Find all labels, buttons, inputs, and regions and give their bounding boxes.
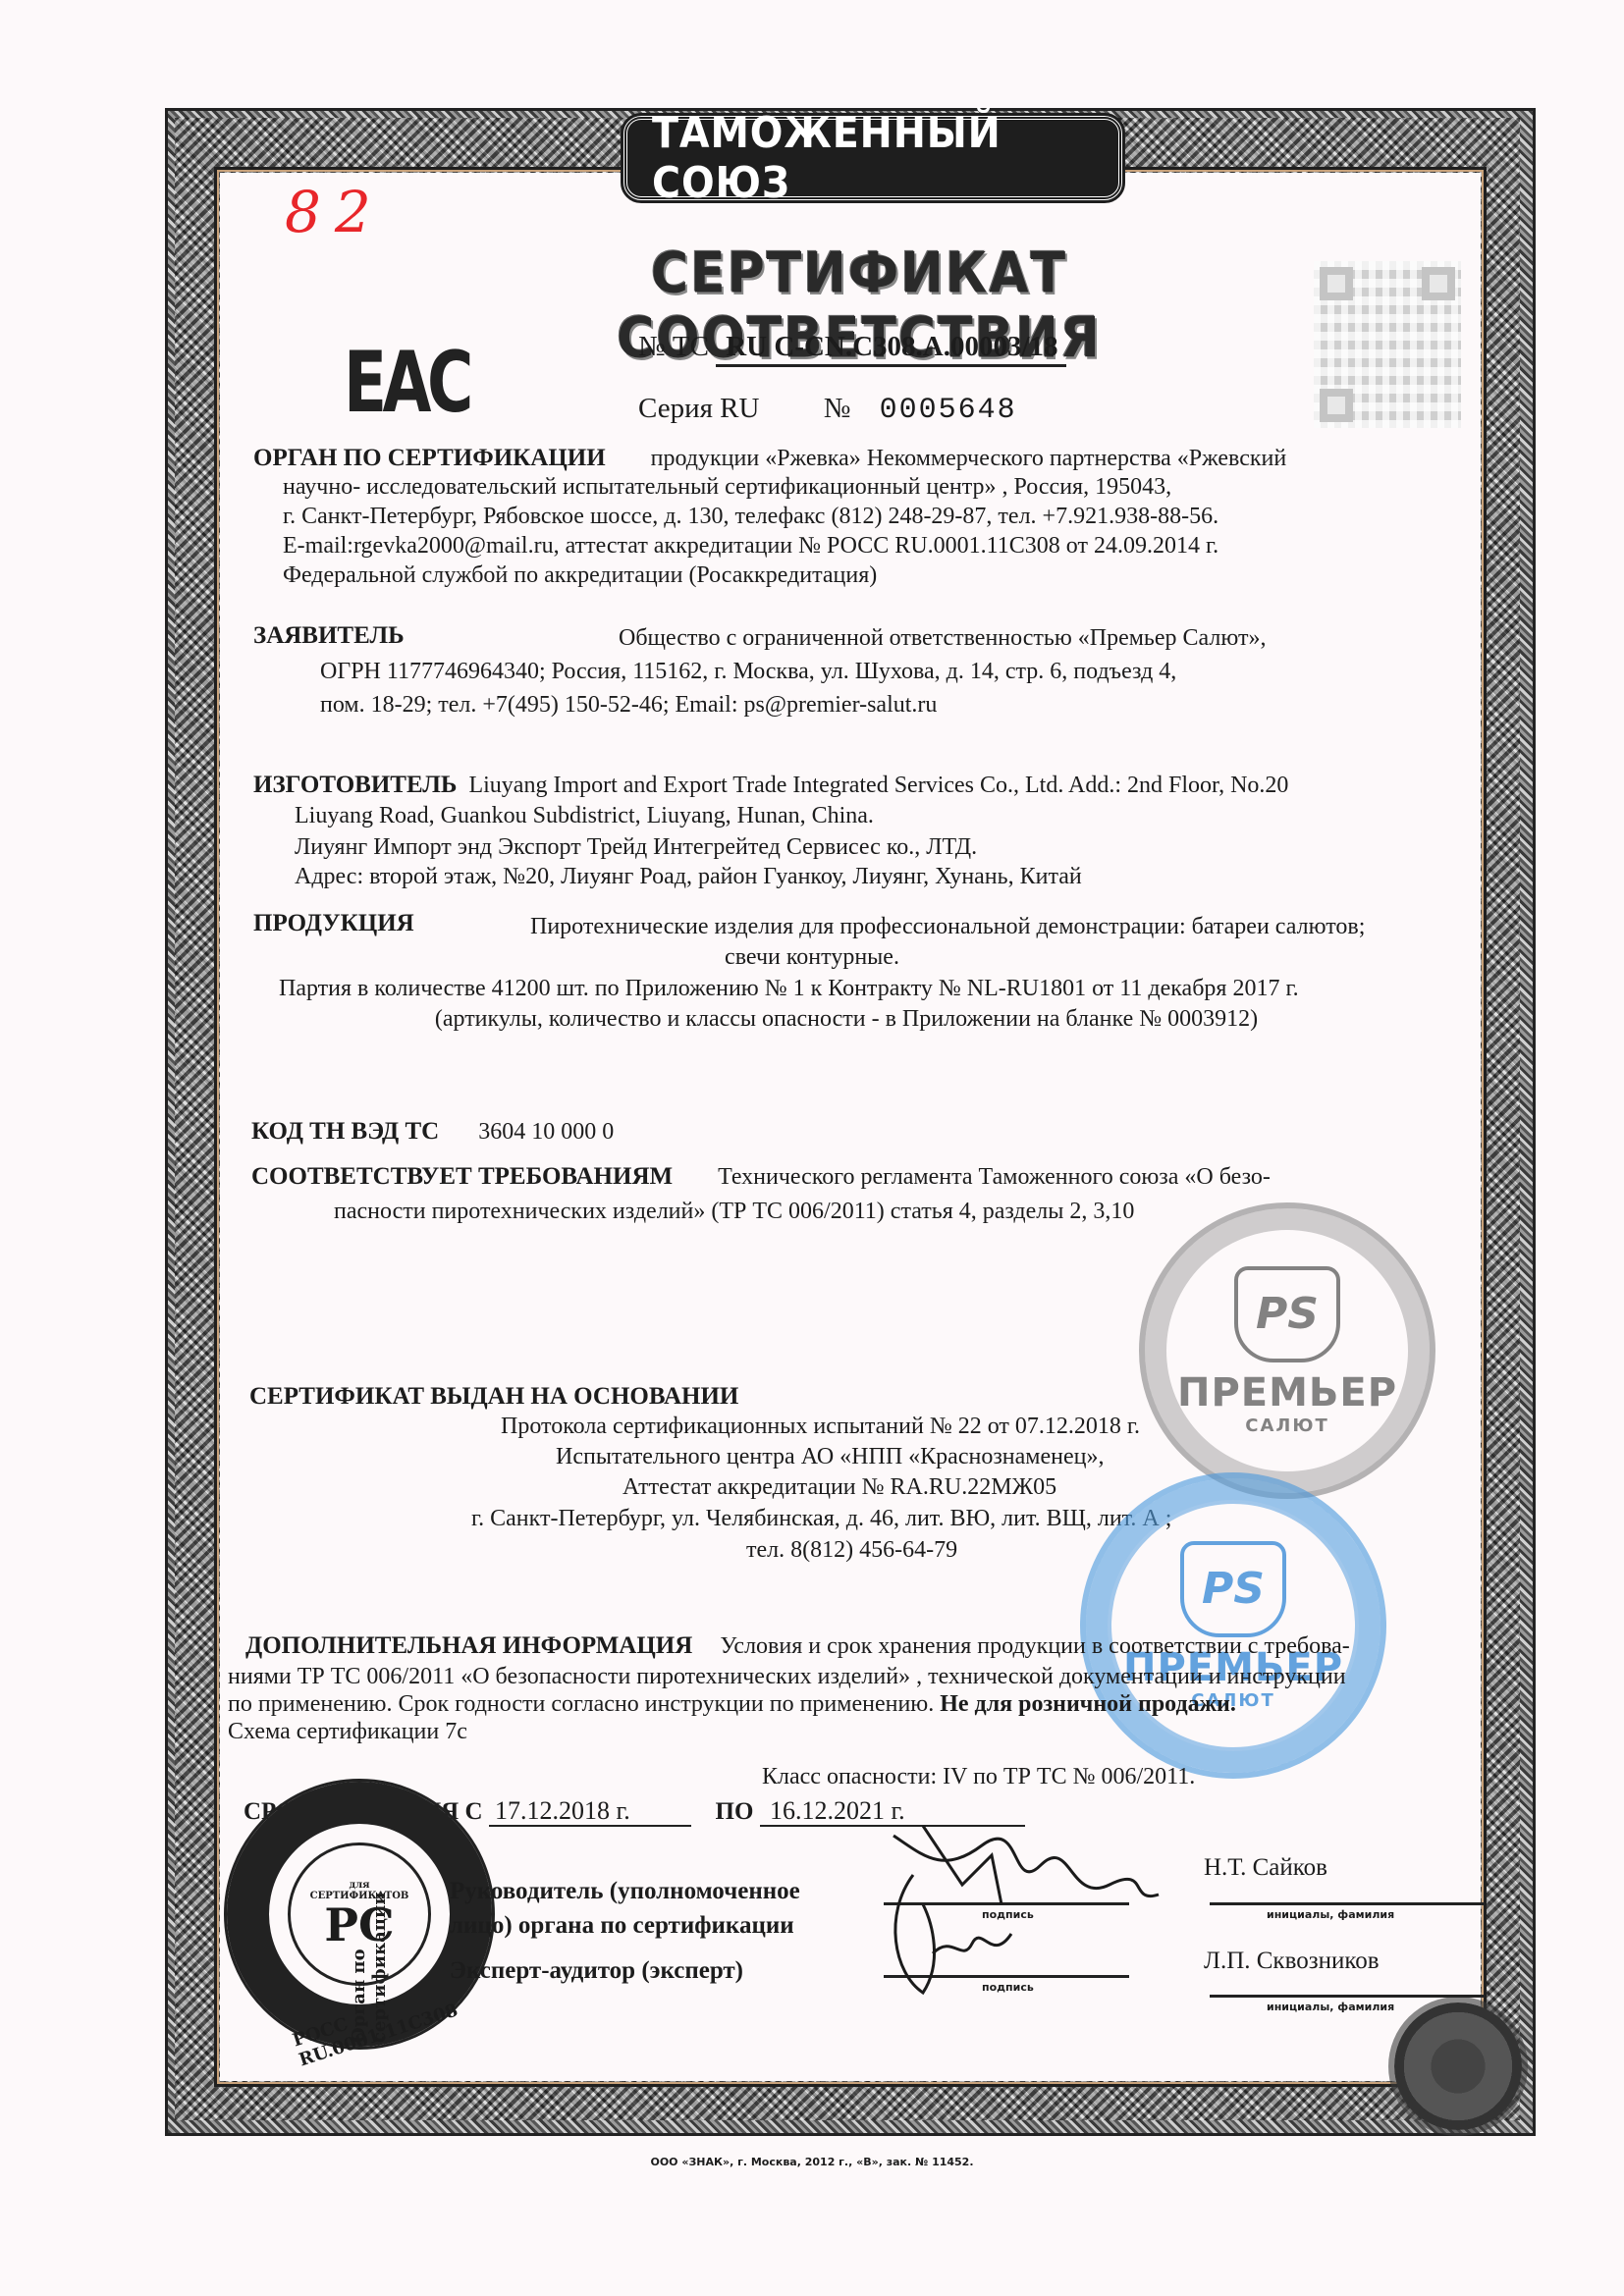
eac-logo-icon: ЕАС xyxy=(344,334,469,432)
additional-line-1: ниями ТР ТС 006/2011 «О безопасности пир… xyxy=(228,1663,1346,1691)
basis-line-2: Аттестат аккредитации № RA.RU.22МЖ05 xyxy=(623,1473,1056,1502)
tn-ved-label: КОД ТН ВЭД ТС xyxy=(251,1118,439,1145)
certification-body-line-0: ОРГАН ПО СЕРТИФИКАЦИИ продукции «Ржевка»… xyxy=(253,444,1286,473)
qr-code-icon xyxy=(1314,261,1461,428)
expert-name: Л.П. Сквозников xyxy=(1204,1947,1380,1975)
product-line-2: Партия в количестве 41200 шт. по Приложе… xyxy=(279,975,1299,1003)
basis-line-1: Испытательного центра АО «НПП «Краснозна… xyxy=(556,1443,1104,1471)
additional-label: ДОПОЛНИТЕЛЬНАЯ ИНФОРМАЦИЯ xyxy=(245,1632,692,1659)
additional-line-2: по применению. Срок годности согласно ин… xyxy=(228,1690,1236,1719)
series-no-value: 0005648 xyxy=(880,394,1017,427)
head-label-2: лицо) органа по сертификации xyxy=(450,1911,794,1940)
manufacturer-line-2: Лиуянг Импорт энд Экспорт Трейд Интегрей… xyxy=(295,833,977,862)
certification-body-line-2: г. Санкт-Петербург, Рябовское шоссе, д. … xyxy=(283,503,1218,531)
validity-to-label: ПО xyxy=(716,1798,754,1825)
company-stamp-gray: PS ПРЕМЬЕР САЛЮТ xyxy=(1139,1202,1435,1499)
applicant-label: ЗАЯВИТЕЛЬ xyxy=(253,621,405,650)
manufacturer-line-0: ИЗГОТОВИТЕЛЬ Liuyang Import and Export T… xyxy=(253,771,1288,800)
tn-ved-value: 3604 10 000 0 xyxy=(478,1119,614,1145)
ps-logo-icon: PS xyxy=(1180,1541,1286,1637)
rs-mark-icon: РС xyxy=(324,1901,394,1949)
product-label: ПРОДУКЦИЯ xyxy=(253,909,414,937)
head-name: Н.Т. Сайков xyxy=(1204,1853,1327,1882)
certification-body-label: ОРГАН ПО СЕРТИФИКАЦИИ xyxy=(253,445,606,471)
basis-line-3: г. Санкт-Петербург, ул. Челябинская, д. … xyxy=(471,1505,1171,1533)
expert-label: Эксперт-аудитор (эксперт) xyxy=(450,1956,743,1985)
handwritten-number: 82 xyxy=(285,179,385,245)
expert-name-caption: инициалы, фамилия xyxy=(1267,2001,1394,2013)
manufacturer-line-1: Liuyang Road, Guankou Subdistrict, Liuya… xyxy=(295,802,874,830)
head-name-line xyxy=(1210,1902,1485,1905)
product-line-3: (артикулы, количество и классы опасности… xyxy=(0,1005,1624,1034)
manufacturer-label: ИЗГОТОВИТЕЛЬ xyxy=(253,772,457,798)
conforms-label: СООТВЕТСТВУЕТ ТРЕБОВАНИЯМ xyxy=(251,1163,673,1190)
conforms-line-1: пасности пиротехнических изделий» (ТР ТС… xyxy=(334,1198,1134,1226)
head-label-1: Руководитель (уполномоченное xyxy=(450,1877,800,1905)
applicant-line-1: ОГРН 1177746964340; Россия, 115162, г. М… xyxy=(320,658,1176,686)
product-line-1: свечи контурные. xyxy=(0,943,1624,972)
basis-line-0: Протокола сертификационных испытаний № 2… xyxy=(501,1413,1140,1441)
rosette-icon xyxy=(1394,2002,1522,2130)
ps-logo-icon: PS xyxy=(1234,1266,1340,1362)
customs-union-banner: ТАМОЖЕННЫЙ СОЮЗ xyxy=(623,116,1122,200)
certification-body-line-1: научно- исследовательский испытательный … xyxy=(283,473,1171,502)
applicant-line-2: пом. 18-29; тел. +7(495) 150-52-46; Emai… xyxy=(320,691,937,720)
series-label: Серия RU xyxy=(638,393,759,424)
head-name-caption: инициалы, фамилия xyxy=(1267,1908,1394,1921)
certificate-number: № ТС RU C-CN.C308.A.00003/18 xyxy=(638,331,1066,363)
tn-ved-row: КОД ТН ВЭД ТС 3604 10 000 0 xyxy=(251,1117,614,1147)
banner-text: ТАМОЖЕННЫЙ СОЮЗ xyxy=(652,108,1094,208)
expert-name-line xyxy=(1210,1995,1485,1998)
product-line-0: Пиротехнические изделия для профессионал… xyxy=(530,913,1365,941)
retail-note: Не для розничной продажи. xyxy=(940,1691,1236,1717)
hazard-class: Класс опасности: IV по ТР ТС № 006/2011. xyxy=(762,1763,1195,1791)
manufacturer-line-3: Адрес: второй этаж, №20, Лиуянг Роад, ра… xyxy=(295,863,1082,891)
additional-line-3: Схема сертификации 7с xyxy=(228,1718,467,1746)
handwritten-signatures xyxy=(864,1816,1178,2002)
basis-line-4: тел. 8(812) 456-64-79 xyxy=(746,1536,957,1565)
certification-body-line-4: Федеральной службой по аккредитации (Рос… xyxy=(283,561,877,590)
printer-footer: ООО «ЗНАК», г. Москва, 2012 г., «В», зак… xyxy=(0,2156,1624,2168)
series-no-label: № xyxy=(824,393,851,424)
cert-number-label: № ТС xyxy=(638,331,709,362)
certification-body-line-3: E-mail:rgevka2000@mail.ru, аттестат аккр… xyxy=(283,532,1218,561)
additional-line-0: ДОПОЛНИТЕЛЬНАЯ ИНФОРМАЦИЯ Условия и срок… xyxy=(245,1631,1350,1661)
cert-number-value: RU C-CN.C308.A.00003/18 xyxy=(716,331,1065,367)
series-row: Серия RU № 0005648 xyxy=(638,393,1017,427)
applicant-line-0: Общество с ограниченной ответственностью… xyxy=(619,624,1266,653)
basis-label: СЕРТИФИКАТ ВЫДАН НА ОСНОВАНИИ xyxy=(249,1382,738,1411)
validity-from: 17.12.2018 г. xyxy=(489,1796,691,1827)
conforms-line-0: СООТВЕТСТВУЕТ ТРЕБОВАНИЯМ Технического р… xyxy=(251,1162,1271,1192)
company-stamp-blue: PS ПРЕМЬЕР САЛЮТ xyxy=(1080,1472,1386,1779)
